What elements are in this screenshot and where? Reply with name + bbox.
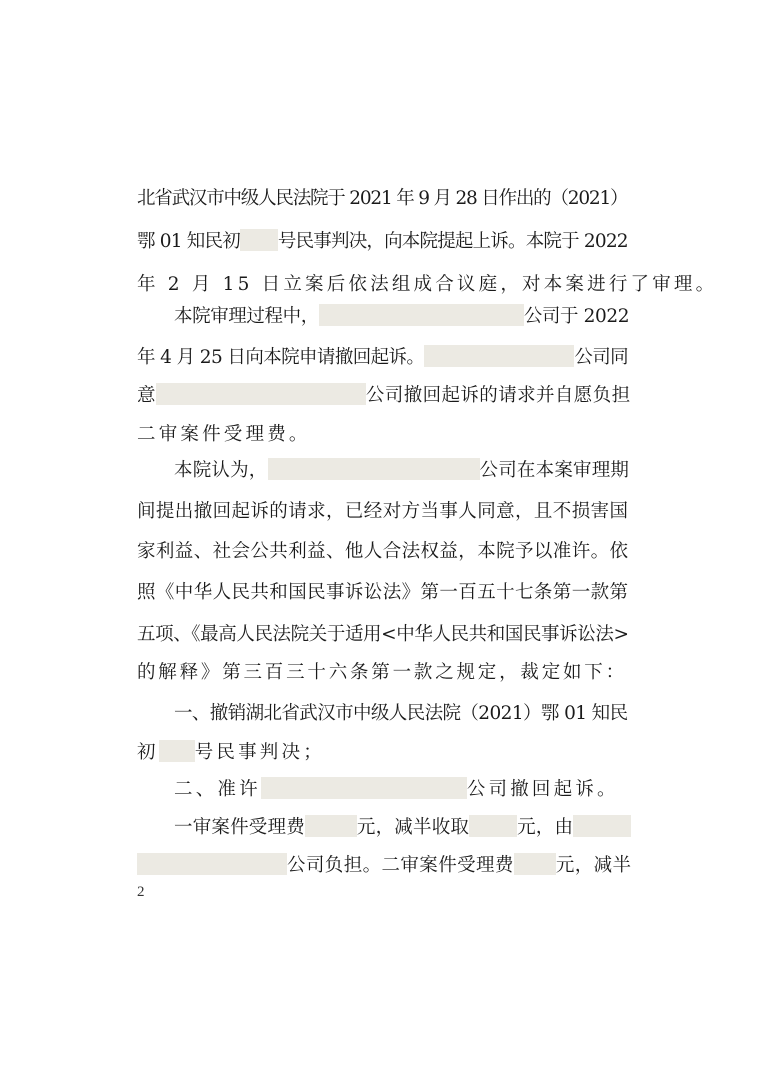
- text-segment: 初: [137, 742, 159, 763]
- text-line: 二审案件受理费。: [137, 420, 631, 450]
- text-segment: 号民事判决，向本院提起上诉。本院于 2022: [278, 231, 628, 252]
- redaction-box: [514, 853, 556, 875]
- text-segment: 元，减半: [556, 855, 632, 876]
- text-line: 间提出撤回起诉的请求，已经对方当事人同意，且不损害国: [137, 497, 631, 527]
- text-segment: 元，由: [517, 817, 573, 838]
- text-segment: 照《中华人民共和国民事诉讼法》第一百五十七条第一款第: [137, 582, 628, 603]
- text-segment: 本院审理过程中，: [174, 306, 319, 327]
- text-line: 年 2 月 15 日立案后依法组成合议庭，对本案进行了审理。: [137, 270, 631, 300]
- text-line: 鄂 01 知民初号民事判决，向本院提起上诉。本院于 2022: [137, 227, 631, 257]
- text-line: 的解释》第三百三十六条第一款之规定，裁定如下：: [137, 658, 631, 688]
- text-line: 一审案件受理费元，减半收取元，由: [174, 813, 631, 843]
- text-line: 年 4 月 25 日向本院申请撤回起诉。公司同: [137, 343, 631, 373]
- text-segment: 号民事判决；: [195, 742, 325, 763]
- redaction-box: [319, 304, 524, 326]
- text-segment: 本院认为，: [174, 460, 268, 481]
- text-segment: 年 4 月 25 日向本院申请撤回起诉。: [137, 347, 424, 368]
- text-line: 意公司撤回起诉的请求并自愿负担: [137, 381, 631, 411]
- text-segment: 公司撤回起诉。: [467, 779, 619, 800]
- text-segment: 一审案件受理费: [174, 817, 305, 838]
- text-line: 家利益、社会公共利益、他人合法权益，本院予以准许。依: [137, 537, 631, 567]
- text-line: 一、撤销湖北省武汉市中级人民法院（2021）鄂 01 知民: [174, 699, 631, 729]
- redaction-box: [156, 383, 366, 405]
- text-segment: 公司负担。二审案件受理费: [287, 855, 514, 876]
- redaction-box: [305, 815, 357, 837]
- text-segment: 家利益、社会公共利益、他人合法权益，本院予以准许。依: [137, 541, 628, 562]
- text-line: 本院认为，公司在本案审理期: [174, 456, 631, 486]
- text-segment: 鄂 01 知民初: [137, 231, 240, 252]
- redaction-box: [573, 815, 631, 837]
- text-segment: 元，减半收取: [357, 817, 469, 838]
- text-line: 初号民事判决；: [137, 738, 631, 768]
- text-segment: 公司同: [574, 347, 628, 368]
- page-number: 2: [137, 884, 145, 901]
- text-segment: 公司撤回起诉的请求并自愿负担: [366, 385, 631, 406]
- text-line: 五项、《最高人民法院关于适用<中华人民共和国民事诉讼法>: [137, 620, 631, 650]
- text-segment: 二审案件受理费。: [137, 424, 311, 445]
- text-segment: 意: [137, 385, 156, 406]
- text-line: 本院审理过程中，公司于 2022: [174, 302, 631, 332]
- redaction-box: [469, 815, 517, 837]
- text-segment: 五项、《最高人民法院关于适用<中华人民共和国民事诉讼法>: [137, 624, 629, 645]
- text-segment: 年 2 月 15 日立案后依法组成合议庭，对本案进行了审理。: [137, 274, 717, 295]
- text-segment: 公司在本案审理期: [480, 460, 630, 481]
- text-segment: 的解释》第三百三十六条第一款之规定，裁定如下：: [137, 662, 627, 683]
- redaction-box: [424, 345, 574, 367]
- text-segment: 北省武汉市中级人民法院于 2021 年 9 月 28 日作出的（2021）: [137, 188, 627, 209]
- text-segment: 二、准许: [174, 779, 261, 800]
- text-line: 北省武汉市中级人民法院于 2021 年 9 月 28 日作出的（2021）: [137, 184, 631, 214]
- redaction-box: [268, 458, 480, 480]
- text-line: 公司负担。二审案件受理费元，减半: [137, 851, 631, 881]
- text-segment: 间提出撤回起诉的请求，已经对方当事人同意，且不损害国: [137, 501, 628, 522]
- document-page: 北省武汉市中级人民法院于 2021 年 9 月 28 日作出的（2021）鄂 0…: [0, 0, 768, 1086]
- text-line: 二、准许公司撤回起诉。: [174, 775, 631, 805]
- redaction-box: [240, 229, 278, 251]
- text-segment: 公司于 2022: [524, 306, 629, 327]
- redaction-box: [137, 853, 287, 875]
- text-segment: 一、撤销湖北省武汉市中级人民法院（2021）鄂 01 知民: [174, 703, 628, 724]
- text-line: 照《中华人民共和国民事诉讼法》第一百五十七条第一款第: [137, 578, 631, 608]
- redaction-box: [261, 777, 467, 799]
- redaction-box: [159, 740, 195, 762]
